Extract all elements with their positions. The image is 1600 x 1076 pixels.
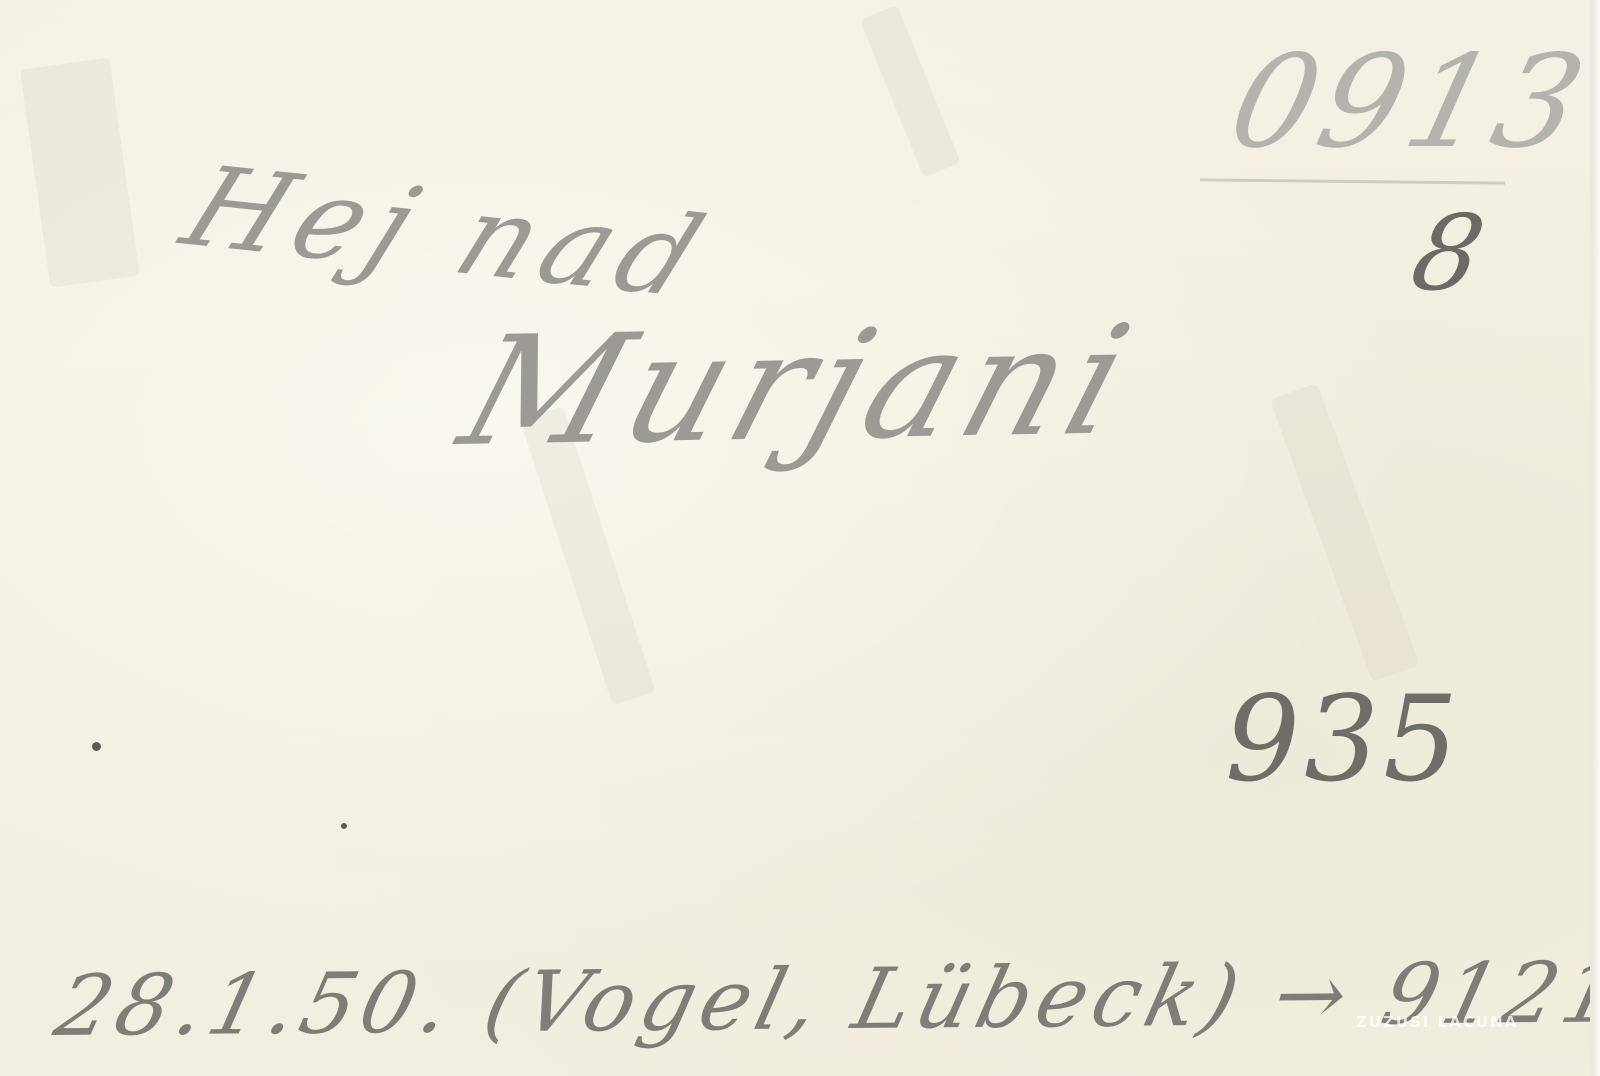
photo-reverse-card: 0913 8 Hej nad Murjani 935 28.1.50. (Vog… [0,0,1590,1076]
provenance-note: 28.1.50. (Vogel, Lübeck) → 9121. [47,943,1590,1055]
show-through-stroke [1270,383,1420,682]
reference-number: 935 [1225,670,1462,808]
title-line-1: Hej nad [166,143,729,322]
fraction-divider [1200,178,1505,184]
show-through-stroke [860,5,961,178]
watermark: ZUZUSI LACUNA [1356,1013,1518,1031]
dust-speck [341,823,347,829]
card-edge [1590,0,1600,1076]
dust-speck [92,742,101,751]
catalog-subnumber: 8 [1402,192,1496,314]
title-line-2: Murjani [443,294,1155,480]
catalog-number: 0913 [1216,28,1590,177]
faded-stamp-mark [20,57,140,287]
